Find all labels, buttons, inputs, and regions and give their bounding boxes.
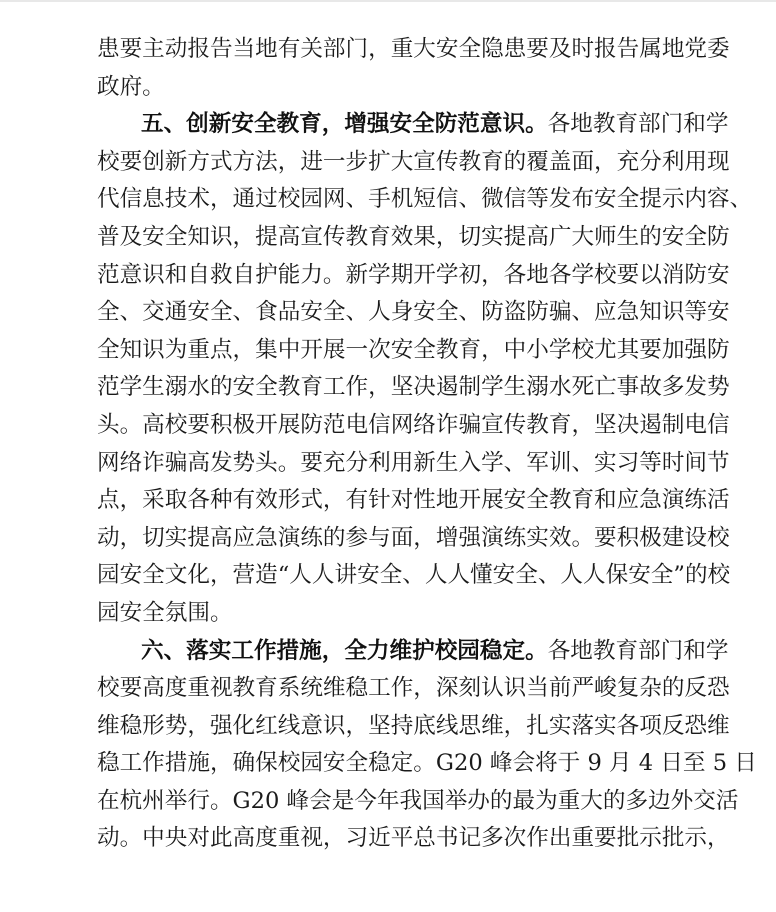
text-line: 全、交通安全、食品安全、人身安全、防盗防骗、应急知识等安 (97, 294, 687, 332)
text-line: 代信息技术，通过校园网、手机短信、微信等发布安全提示内容、 (97, 181, 687, 219)
paragraph-section-6: 六、落实工作措施，全力维护校园稳定。各地教育部门和学 校要高度重视教育系统维稳工… (97, 633, 687, 859)
text-line: 在杭州举行。G20 峰会是今年我国举办的最为重大的多边外交活 (97, 783, 687, 821)
text-line: 全知识为重点，集中开展一次安全教育，中小学校尤其要加强防 (97, 332, 687, 370)
text-line: 范学生溺水的安全教育工作，坚决遏制学生溺水死亡事故多发势 (97, 369, 687, 407)
text-line: 政府。 (97, 69, 687, 107)
section-heading: 六、落实工作措施，全力维护校园稳定。 (141, 638, 548, 664)
document-page: 患要主动报告当地有关部门，重大安全隐患要及时报告属地党委 政府。 五、创新安全教… (97, 31, 687, 858)
text-line: 动。中央对此高度重视，习近平总书记多次作出重要批示批示， (97, 820, 687, 858)
text-line: 维稳形势，强化红线意识，坚持底线思维，扎实落实各项反恐维 (97, 708, 687, 746)
section-heading-line: 六、落实工作措施，全力维护校园稳定。各地教育部门和学 (97, 633, 687, 671)
text-line: 网络诈骗高发势头。要充分利用新生入学、军训、实习等时间节 (97, 445, 687, 483)
text-line: 头。高校要积极开展防范电信网络诈骗宣传教育，坚决遏制电信 (97, 407, 687, 445)
section-heading-line: 五、创新安全教育，增强安全防范意识。各地教育部门和学 (97, 106, 687, 144)
paragraph-section-5: 五、创新安全教育，增强安全防范意识。各地教育部门和学 校要创新方式方法，进一步扩… (97, 106, 687, 632)
text-line: 点，采取各种有效形式，有针对性地开展安全教育和应急演练活 (97, 482, 687, 520)
text-line: 动，切实提高应急演练的参与面，增强演练实效。要积极建设校 (97, 520, 687, 558)
paragraph-continued: 患要主动报告当地有关部门，重大安全隐患要及时报告属地党委 政府。 (97, 31, 687, 106)
text-run: 各地教育部门和学 (548, 111, 729, 137)
text-run: 各地教育部门和学 (548, 638, 729, 664)
text-line: 园安全文化，营造“人人讲安全、人人懂安全、人人保安全”的校 (97, 557, 687, 595)
text-line: 校要创新方式方法，进一步扩大宣传教育的覆盖面，充分利用现 (97, 144, 687, 182)
text-line: 稳工作措施，确保校园安全稳定。G20 峰会将于 9 月 4 日至 5 日 (97, 745, 687, 783)
text-line: 范意识和自救自护能力。新学期开学初，各地各学校要以消防安 (97, 257, 687, 295)
text-line: 普及安全知识，提高宣传教育效果，切实提高广大师生的安全防 (97, 219, 687, 257)
text-line: 校要高度重视教育系统维稳工作，深刻认识当前严峻复杂的反恐 (97, 670, 687, 708)
section-heading: 五、创新安全教育，增强安全防范意识。 (141, 111, 548, 137)
text-line: 患要主动报告当地有关部门，重大安全隐患要及时报告属地党委 (97, 31, 687, 69)
top-border (0, 0, 776, 2)
text-line: 园安全氛围。 (97, 595, 687, 633)
